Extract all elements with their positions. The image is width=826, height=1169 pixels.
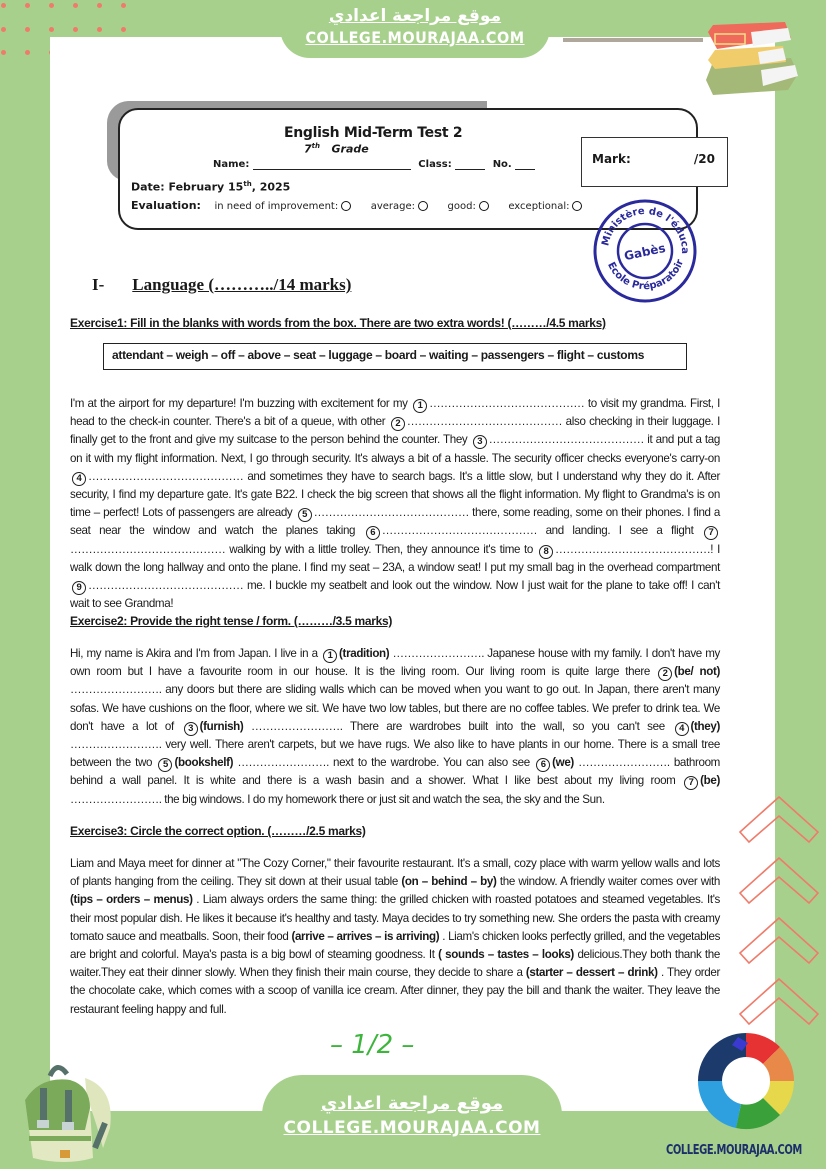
backpack-icon [15,1058,115,1168]
blank-number: 2 [391,417,405,431]
passage-text: and landing. I see a flight [537,524,702,537]
radio-circle-icon[interactable] [341,201,351,211]
top-branding-tab[interactable]: موقع مراجعة اعدادي COLLEGE.MOURAJAA.COM [280,0,550,58]
chevron-up-decoration-icon [735,792,823,852]
option-choice[interactable]: (arrive – arrives – is arriving) [291,930,439,943]
verb-hint: (bookshelf) [174,756,233,769]
passage-text: I'm at the airport for my departure! I'm… [70,397,411,410]
exercise2-title: Exercise2: Provide the right tense / for… [70,614,392,628]
verb-hint: (they) [691,720,720,733]
option-choice[interactable]: (starter – dessert – drink) [526,966,658,979]
blank-number: 6 [366,526,380,540]
blank-number: 3 [184,722,198,736]
dot [97,27,102,32]
fill-blank[interactable]: …………………………………… [555,543,710,556]
fill-blank[interactable]: ……………………. [70,738,165,751]
exercise1-title: Exercise1: Fill in the blanks with words… [70,316,606,330]
logo-site-text[interactable]: COLLEGE.MOURAJAA.COM [666,1143,802,1158]
fill-blank[interactable]: ……………………. [70,793,164,806]
blank-number: 5 [298,508,312,522]
svg-text:Gabès: Gabès [623,241,667,263]
verb-hint: (be/ not) [674,665,720,678]
mark-box[interactable]: Mark: /20 [581,137,728,187]
fill-blank[interactable]: ……………………. [70,683,165,696]
dot [97,3,102,8]
blank-number: 7 [704,526,718,540]
blank-number: 4 [72,472,86,486]
school-subjects-wheel-icon [696,1022,796,1140]
class-label: Class: [418,159,451,170]
word-box: attendant – weigh – off – above – seat –… [103,343,687,370]
bottom-branding-tab[interactable]: موقع مراجعة اعدادي COLLEGE.MOURAJAA.COM [262,1075,562,1169]
passage-text: Hi, my name is Akira and I'm from Japan.… [70,647,321,660]
fill-blank[interactable]: ……………………. [233,756,333,769]
fill-blank[interactable]: ……………………. [574,756,674,769]
verb-hint: (be) [700,774,720,787]
student-info-row: Name: Class: No. [213,159,535,170]
exercise2-text: Hi, my name is Akira and I'm from Japan.… [70,645,720,809]
branding-arabic-bottom: موقع مراجعة اعدادي [262,1093,562,1114]
fill-blank[interactable]: …………………………………… [88,579,243,592]
blank-number: 9 [72,581,86,595]
evaluation-label: Evaluation: [131,199,201,212]
number-field[interactable] [515,169,535,170]
passage-text: the big windows. I do my homework there … [164,793,605,806]
passage-text: the window. A friendly waiter comes over… [496,875,720,888]
blank-number: 7 [684,776,698,790]
dot [49,3,54,8]
eval-option-exceptional[interactable]: exceptional: [508,201,582,212]
blank-number: 2 [658,667,672,681]
mark-total: /20 [694,152,715,166]
books-stack-icon [703,12,803,97]
fill-blank[interactable]: ……………………. [389,647,487,660]
dot [1,3,6,8]
dot [25,27,30,32]
fill-blank[interactable]: ……………………. [243,720,350,733]
branding-site-bottom[interactable]: COLLEGE.MOURAJAA.COM [262,1118,562,1138]
passage-text: walking by with a little trolley. Then, … [225,543,537,556]
blank-number: 5 [158,758,172,772]
official-stamp-icon: Ministère de l'éducation Ecole Préparato… [592,198,698,304]
passage-text: next to the wardrobe. You can also see [333,756,534,769]
fill-blank[interactable]: …………………………………… [88,470,243,483]
scan-edge-line [563,38,703,42]
branding-site-top[interactable]: COLLEGE.MOURAJAA.COM [280,28,550,47]
fill-blank[interactable]: …………………………………… [407,415,562,428]
radio-circle-icon[interactable] [572,201,582,211]
number-label: No. [493,159,512,170]
fill-blank[interactable]: …………………………………… [429,397,584,410]
dot [73,3,78,8]
page-number: – 1/2 – [330,1030,414,1060]
fill-blank[interactable]: …………………………………… [489,433,644,446]
exercise3-title: Exercise3: Circle the correct option. (…… [70,824,366,838]
mark-label: Mark: [592,152,631,166]
exam-title: English Mid-Term Test 2 [284,125,462,141]
dot [1,27,6,32]
class-field[interactable] [455,169,485,170]
branding-arabic-top: موقع مراجعة اعدادي [280,6,550,26]
exam-grade: 7th Grade [304,142,369,156]
blank-number: 6 [536,758,550,772]
dot [121,27,126,32]
option-choice[interactable]: (tips – orders – menus) [70,893,193,906]
dot [1,50,6,55]
blank-number: 3 [473,435,487,449]
blank-number: 8 [539,545,553,559]
chevron-up-decoration-icon [735,913,823,973]
chevron-up-decoration-icon [735,853,823,913]
dot [73,27,78,32]
blank-number: 1 [323,649,337,663]
name-label: Name: [213,159,249,170]
exam-date: Date: February 15th, 2025 [131,180,290,194]
exercise3-text: Liam and Maya meet for dinner at "The Co… [70,855,720,1019]
passage-text: There are wardrobes built into the wall,… [350,720,673,733]
radio-circle-icon[interactable] [418,201,428,211]
fill-blank[interactable]: …………………………………… [70,543,225,556]
dot [25,50,30,55]
fill-blank[interactable]: …………………………………… [314,506,469,519]
verb-hint: (furnish) [200,720,244,733]
dot [121,3,126,8]
dot [25,3,30,8]
dot [49,27,54,32]
eval-option-improvement[interactable]: in need of improvement: [214,201,351,212]
name-field[interactable] [253,169,411,170]
section-title: I-Language (………../14 marks) [92,275,351,295]
blank-number: 4 [675,722,689,736]
option-choice[interactable]: ( sounds – tastes – looks) [438,948,574,961]
exercise1-text: I'm at the airport for my departure! I'm… [70,395,720,613]
option-choice[interactable]: (on – behind – by) [401,875,496,888]
fill-blank[interactable]: …………………………………… [382,524,537,537]
eval-option-average[interactable]: average: [371,201,428,212]
verb-hint: (tradition) [339,647,389,660]
blank-number: 1 [413,399,427,413]
eval-option-good[interactable]: good: [448,201,489,212]
verb-hint: (we) [552,756,574,769]
evaluation-row: Evaluation: in need of improvement: aver… [131,199,598,212]
radio-circle-icon[interactable] [479,201,489,211]
